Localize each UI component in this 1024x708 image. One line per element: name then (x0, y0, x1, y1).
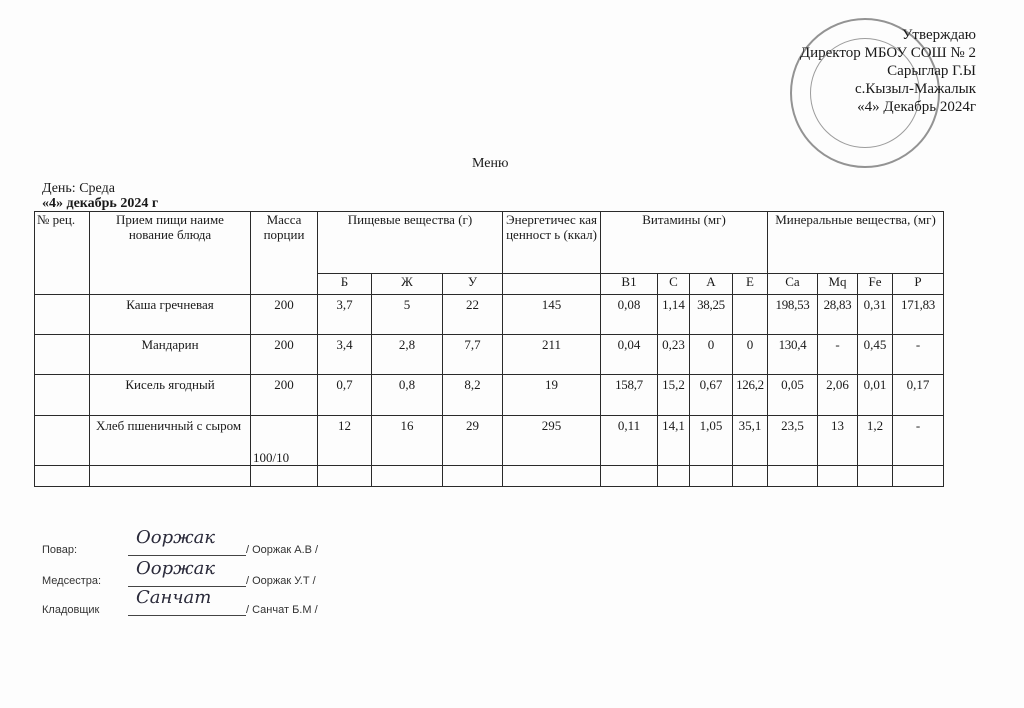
approval-line: Директор МБОУ СОШ № 2 (736, 44, 976, 62)
value-cell: 3,7 (318, 295, 372, 335)
value-cell (818, 466, 858, 487)
value-cell (733, 466, 768, 487)
recipe-no-cell (35, 416, 90, 466)
signature-name: / Ооржак А.В / (246, 544, 318, 556)
mass-cell (251, 466, 318, 487)
signature-role: Кладовщик (42, 604, 128, 616)
value-cell: 0,05 (768, 375, 818, 416)
value-cell: 0,11 (601, 416, 658, 466)
table-row: Каша гречневая2003,75221450,081,1438,251… (35, 295, 944, 335)
table-row: Кисель ягодный2000,70,88,219158,715,20,6… (35, 375, 944, 416)
value-cell: - (818, 335, 858, 375)
value-cell (372, 466, 443, 487)
value-cell: 130,4 (768, 335, 818, 375)
approval-block: Утверждаю Директор МБОУ СОШ № 2 Сарыглар… (736, 26, 976, 116)
dish-cell (90, 466, 251, 487)
header-nutrients: Пищевые вещества (г) (318, 212, 503, 274)
value-cell: 1,14 (658, 295, 690, 335)
value-cell: 0 (690, 335, 733, 375)
mass-cell: 200 (251, 335, 318, 375)
value-cell (690, 466, 733, 487)
value-cell: 158,7 (601, 375, 658, 416)
header-row: № рец. Прием пищи наиме нование блюда Ма… (35, 212, 944, 274)
dish-cell: Хлеб пшеничный с сыром (90, 416, 251, 466)
value-cell: 8,2 (443, 375, 503, 416)
mass-cell: 200 (251, 375, 318, 416)
value-cell: 3,4 (318, 335, 372, 375)
value-cell: 23,5 (768, 416, 818, 466)
value-cell: 0,17 (893, 375, 944, 416)
value-cell (768, 466, 818, 487)
signature-storekeeper: КладовщикСанчат/ Санчат Б.М / (42, 603, 318, 616)
value-cell: - (893, 416, 944, 466)
subheader-cell: A (690, 274, 733, 295)
header-energy: Энергетичес кая ценност ь (ккал) (503, 212, 601, 274)
recipe-no-cell (35, 375, 90, 416)
value-cell (443, 466, 503, 487)
value-cell: 1,2 (858, 416, 893, 466)
value-cell: 35,1 (733, 416, 768, 466)
subheader-cell: Б (318, 274, 372, 295)
dish-cell: Мандарин (90, 335, 251, 375)
subheader-cell: E (733, 274, 768, 295)
header-dish: Прием пищи наиме нование блюда (90, 212, 251, 295)
value-cell: 5 (372, 295, 443, 335)
value-cell: 1,05 (690, 416, 733, 466)
table-row: Мандарин2003,42,87,72110,040,2300130,4-0… (35, 335, 944, 375)
menu-table: № рец. Прием пищи наиме нование блюда Ма… (34, 211, 944, 487)
approval-line: Утверждаю (736, 26, 976, 44)
value-cell (733, 295, 768, 335)
value-cell: 295 (503, 416, 601, 466)
mass-cell: 200 (251, 295, 318, 335)
value-cell: 0,7 (318, 375, 372, 416)
value-cell: 0,04 (601, 335, 658, 375)
signature-cook: Повар:Ооржак/ Ооржак А.В / (42, 543, 318, 556)
document-title: Меню (472, 156, 508, 172)
signature-role: Медсестра: (42, 575, 128, 587)
signature-name: / Санчат Б.М / (246, 604, 318, 616)
value-cell: 211 (503, 335, 601, 375)
signature-nurse: Медсестра:Ооржак/ Ооржак У.Т / (42, 574, 316, 587)
signature-name: / Ооржак У.Т / (246, 575, 316, 587)
recipe-no-cell (35, 335, 90, 375)
value-cell: 19 (503, 375, 601, 416)
value-cell: 0,23 (658, 335, 690, 375)
value-cell: 16 (372, 416, 443, 466)
value-cell: - (893, 335, 944, 375)
value-cell: 145 (503, 295, 601, 335)
value-cell: 0,8 (372, 375, 443, 416)
subheader-cell: C (658, 274, 690, 295)
header-mass: Масса порции (251, 212, 318, 295)
mass-cell: 100/10 (251, 416, 318, 466)
subheader-cell (503, 274, 601, 295)
handwritten-signature: Санчат (136, 587, 211, 608)
value-cell (658, 466, 690, 487)
value-cell: 12 (318, 416, 372, 466)
approval-line: Сарыглар Г.Ы (736, 62, 976, 80)
recipe-no-cell (35, 295, 90, 335)
approval-line: «4» Декабрь 2024г (736, 98, 976, 116)
value-cell: 0,01 (858, 375, 893, 416)
value-cell: 13 (818, 416, 858, 466)
value-cell (858, 466, 893, 487)
approval-line: с.Кызыл-Мажалык (736, 80, 976, 98)
date-label: «4» декабрь 2024 г (42, 196, 158, 212)
value-cell: 2,06 (818, 375, 858, 416)
dish-cell: Кисель ягодный (90, 375, 251, 416)
table-row: Хлеб пшеничный с сыром100/101216292950,1… (35, 416, 944, 466)
value-cell: 2,8 (372, 335, 443, 375)
subheader-cell: У (443, 274, 503, 295)
value-cell: 0,45 (858, 335, 893, 375)
table-row (35, 466, 944, 487)
subheader-cell: Fe (858, 274, 893, 295)
handwritten-signature: Ооржак (136, 527, 215, 548)
handwritten-signature: Ооржак (136, 558, 215, 579)
recipe-no-cell (35, 466, 90, 487)
value-cell: 0,08 (601, 295, 658, 335)
dish-cell: Каша гречневая (90, 295, 251, 335)
value-cell: 14,1 (658, 416, 690, 466)
value-cell (318, 466, 372, 487)
value-cell: 7,7 (443, 335, 503, 375)
subheader-cell: Ca (768, 274, 818, 295)
subheader-cell: B1 (601, 274, 658, 295)
value-cell: 126,2 (733, 375, 768, 416)
value-cell: 198,53 (768, 295, 818, 335)
header-vitamins: Витамины (мг) (601, 212, 768, 274)
value-cell: 171,83 (893, 295, 944, 335)
value-cell: 0 (733, 335, 768, 375)
value-cell: 38,25 (690, 295, 733, 335)
subheader-cell: P (893, 274, 944, 295)
subheader-cell: Ж (372, 274, 443, 295)
value-cell: 15,2 (658, 375, 690, 416)
value-cell: 0,31 (858, 295, 893, 335)
value-cell (893, 466, 944, 487)
header-recipe-no: № рец. (35, 212, 90, 295)
value-cell: 29 (443, 416, 503, 466)
value-cell: 28,83 (818, 295, 858, 335)
subheader-cell: Mq (818, 274, 858, 295)
signature-role: Повар: (42, 544, 128, 556)
day-label: День: Среда (42, 181, 115, 197)
value-cell: 22 (443, 295, 503, 335)
value-cell (601, 466, 658, 487)
value-cell: 0,67 (690, 375, 733, 416)
header-minerals: Минеральные вещества, (мг) (768, 212, 944, 274)
value-cell (503, 466, 601, 487)
